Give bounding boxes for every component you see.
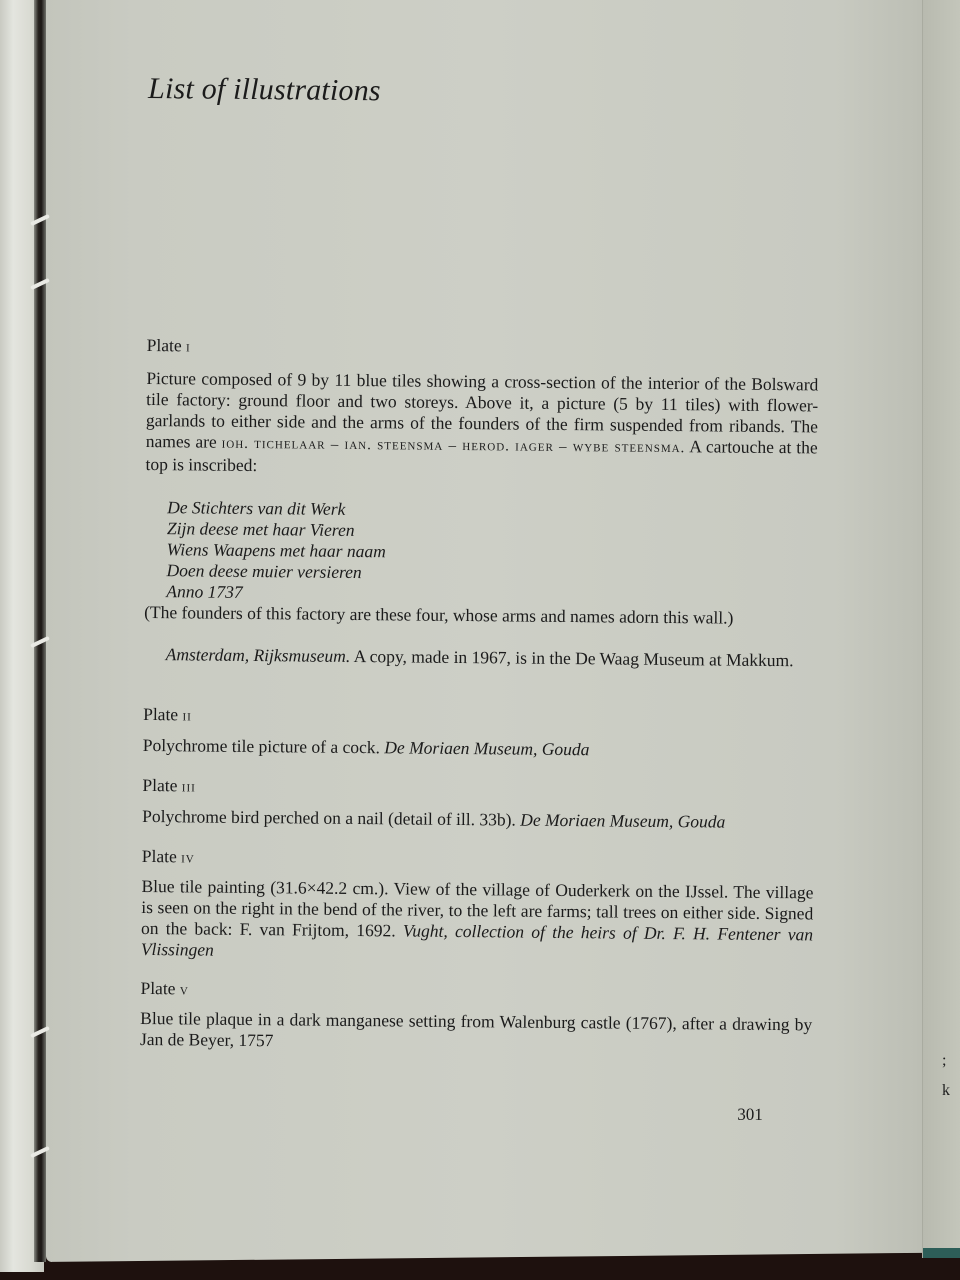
verse-line: Zijn deese met haar Vieren xyxy=(167,518,386,541)
plate-description: Blue tile painting (31.6×42.2 cm.). View… xyxy=(141,876,814,966)
edge-glyph: k xyxy=(942,1082,950,1100)
plate-location: De Moriaen Museum, Gouda xyxy=(520,810,725,832)
plate-description: Picture composed of 9 by 11 blue tiles s… xyxy=(145,368,818,481)
verse-line: Doen deese muier versieren xyxy=(166,560,385,583)
plate-label: Plate v xyxy=(140,978,189,1001)
founder-names: IOH. TICHELAAR – IAN. STEENSMA – HEROD. … xyxy=(222,436,686,456)
next-page-edge xyxy=(922,0,960,1258)
edge-glyph: ; xyxy=(942,1052,946,1070)
plate-numeral: v xyxy=(180,982,189,998)
plate-numeral: ii xyxy=(182,708,191,724)
plate-description: Blue tile plaque in a dark manganese set… xyxy=(140,1008,812,1056)
page-title: List of illustrations xyxy=(148,78,381,101)
plate-label: Plate i xyxy=(147,335,191,358)
verse-line: Wiens Waapens met haar naam xyxy=(167,539,386,562)
page-number: 301 xyxy=(737,1104,763,1125)
book-gutter xyxy=(34,0,46,1262)
plate-numeral: iv xyxy=(181,850,195,866)
verse-line: Anno 1737 xyxy=(166,581,385,604)
cartouche-inscription: De Stichters van dit Werk Zijn deese met… xyxy=(166,497,386,604)
book-page xyxy=(46,0,922,1262)
plate-label: Plate iii xyxy=(142,775,196,799)
plate-numeral: iii xyxy=(182,779,196,795)
plate-numeral: i xyxy=(186,339,191,355)
plate-location: De Moriaen Museum, Gouda xyxy=(384,737,589,759)
verse-line: De Stichters van dit Werk xyxy=(167,497,386,520)
plate-label: Plate iv xyxy=(142,846,195,870)
cover-edge xyxy=(923,1248,960,1258)
plate-label: Plate ii xyxy=(143,704,192,727)
